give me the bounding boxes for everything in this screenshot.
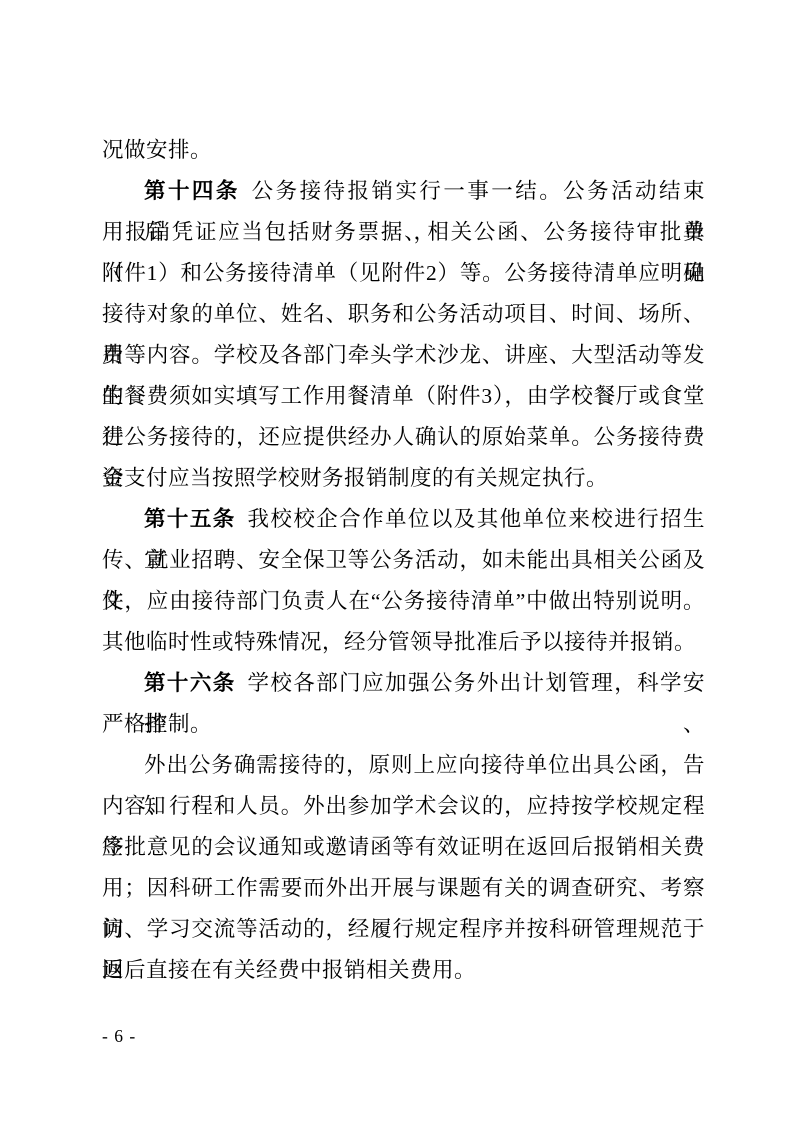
line-text: 回后直接在有关经费中报销相关费用。 [102, 958, 476, 982]
page-number: - 6 - [102, 1026, 136, 1047]
text-line: 其他临时性或特殊情况，经分管领导批准后予以接待并报销。 [102, 622, 705, 663]
text-block: 况做安排。第十四条公务接待报销实行一事一结。公务活动结束后，费用报销凭证应当包括… [102, 130, 705, 991]
line-text: 严格控制。 [102, 712, 212, 736]
article-term: 第十五条 [144, 507, 236, 531]
text-line: 问、学习交流等活动的，经履行规定程序并按科研管理规范于返 [102, 909, 705, 950]
text-line: 外出公务确需接待的，原则上应向接待单位出具公函，告知 [102, 745, 705, 786]
text-line: 金支付应当按照学校财务报销制度的有关规定执行。 [102, 458, 705, 499]
line-text: 附件1）和公务接待清单（见附件2）等。公务接待清单应明确 [102, 261, 705, 285]
text-line: 内容、行程和人员。外出参加学术会议的，应持按学校规定程序 [102, 786, 705, 827]
line-text: 签批意见的会议通知或邀请函等有效证明在返回后报销相关费 [102, 835, 705, 859]
text-line: 第十四条公务接待报销实行一事一结。公务活动结束后，费 [102, 171, 705, 212]
text-line: 用报销凭证应当包括财务票据、相关公函、公务接待审批单（见 [102, 212, 705, 253]
article-term: 第十四条 [144, 179, 240, 203]
text-line: 传、就业招聘、安全保卫等公务活动，如未能出具相关公函及文 [102, 540, 705, 581]
text-line: 回后直接在有关经费中报销相关费用。 [102, 950, 705, 991]
text-line: 用；因科研工作需要而外出开展与课题有关的调查研究、考察访 [102, 868, 705, 909]
text-line: 行公务接待的，还应提供经办人确认的原始菜单。公务接待费资 [102, 417, 705, 458]
text-line: 接待对象的单位、姓名、职务和公务活动项目、时间、场所、费 [102, 294, 705, 335]
text-line: 附件1）和公务接待清单（见附件2）等。公务接待清单应明确 [102, 253, 705, 294]
text-line: 件，应由接待部门负责人在“公务接待清单”中做出特别说明。 [102, 581, 705, 622]
document-page: 况做安排。第十四条公务接待报销实行一事一结。公务活动结束后，费用报销凭证应当包括… [0, 0, 794, 1123]
line-text: 其他临时性或特殊情况，经分管领导批准后予以接待并报销。 [102, 630, 696, 654]
text-line: 的餐费须如实填写工作用餐清单（附件3），由学校餐厅或食堂进 [102, 376, 705, 417]
article-term: 第十六条 [144, 671, 236, 695]
text-line: 第十六条学校各部门应加强公务外出计划管理，科学安排、 [102, 663, 705, 704]
text-line: 用等内容。学校及各部门牵头学术沙龙、讲座、大型活动等发生 [102, 335, 705, 376]
text-line: 况做安排。 [102, 130, 705, 171]
line-text: 况做安排。 [102, 138, 212, 162]
line-text: 件，应由接待部门负责人在“公务接待清单”中做出特别说明。 [102, 589, 705, 613]
text-line: 签批意见的会议通知或邀请函等有效证明在返回后报销相关费 [102, 827, 705, 868]
text-line: 第十五条我校校企合作单位以及其他单位来校进行招生宣 [102, 499, 705, 540]
line-text: 金支付应当按照学校财务报销制度的有关规定执行。 [102, 466, 608, 490]
